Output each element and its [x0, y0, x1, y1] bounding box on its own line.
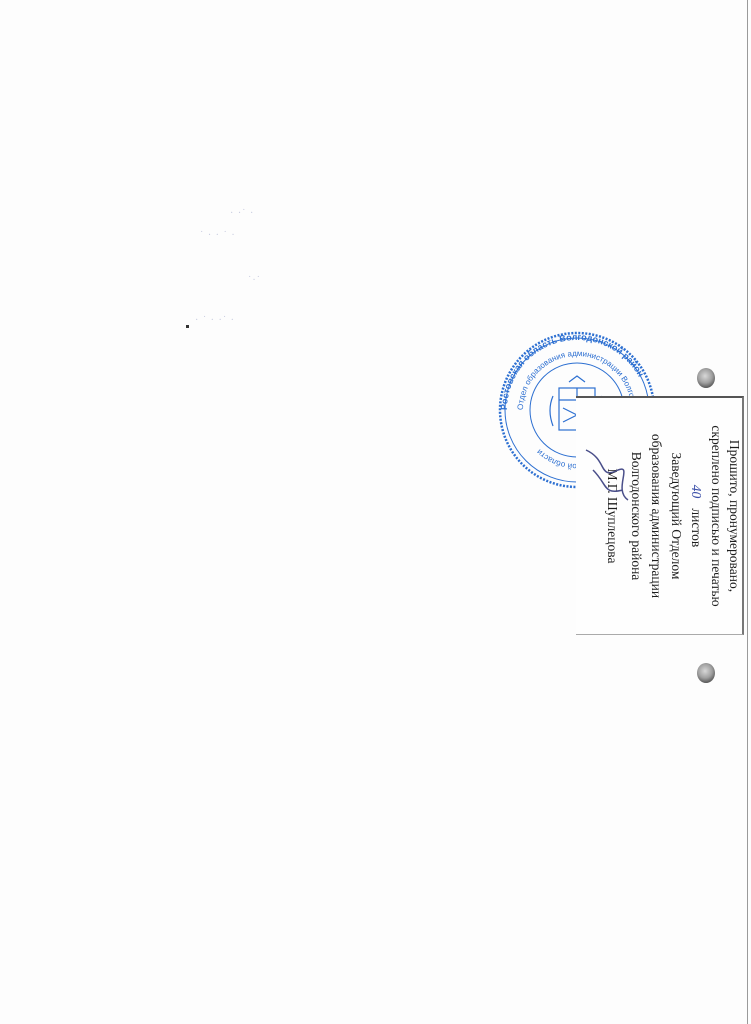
label-line-1: Прошито, пронумеровано, [726, 398, 742, 634]
bleed-through-text: · ·˙ · [230, 208, 254, 219]
label-line-2: скреплено подписью и печатью [708, 398, 724, 634]
binder-hole-bottom [697, 663, 715, 683]
label-line-3: 40 листов [688, 398, 704, 634]
bleed-through-text: ˙·˙ [248, 275, 261, 286]
label-line-5: образования администрации [648, 398, 664, 634]
label-line-7: М.Г. Шуплецова [604, 398, 620, 634]
label-line-6: Волгодонского района [628, 398, 644, 634]
scan-speck [186, 325, 189, 328]
signature [578, 440, 638, 510]
binder-hole-top [697, 368, 715, 388]
certification-label: Прошито, пронумеровано, скреплено подпис… [576, 396, 744, 635]
page-edge [747, 0, 748, 1024]
label-line-4: Заведующий Отделом [668, 398, 684, 634]
sheet-count: 40 [689, 485, 704, 499]
bleed-through-text: ˙ · · ˙ · [200, 230, 236, 241]
bleed-through-text: · ˙ · ·˙ · [195, 315, 235, 326]
